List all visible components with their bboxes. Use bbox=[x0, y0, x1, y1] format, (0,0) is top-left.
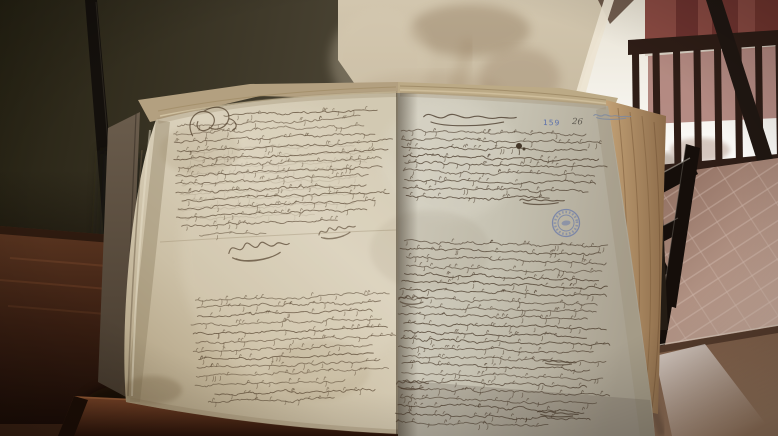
photo-of-manuscript-scene: 159 26 bbox=[0, 0, 778, 436]
photo-vignette bbox=[0, 0, 778, 436]
scene-canvas: 159 26 bbox=[0, 0, 778, 436]
